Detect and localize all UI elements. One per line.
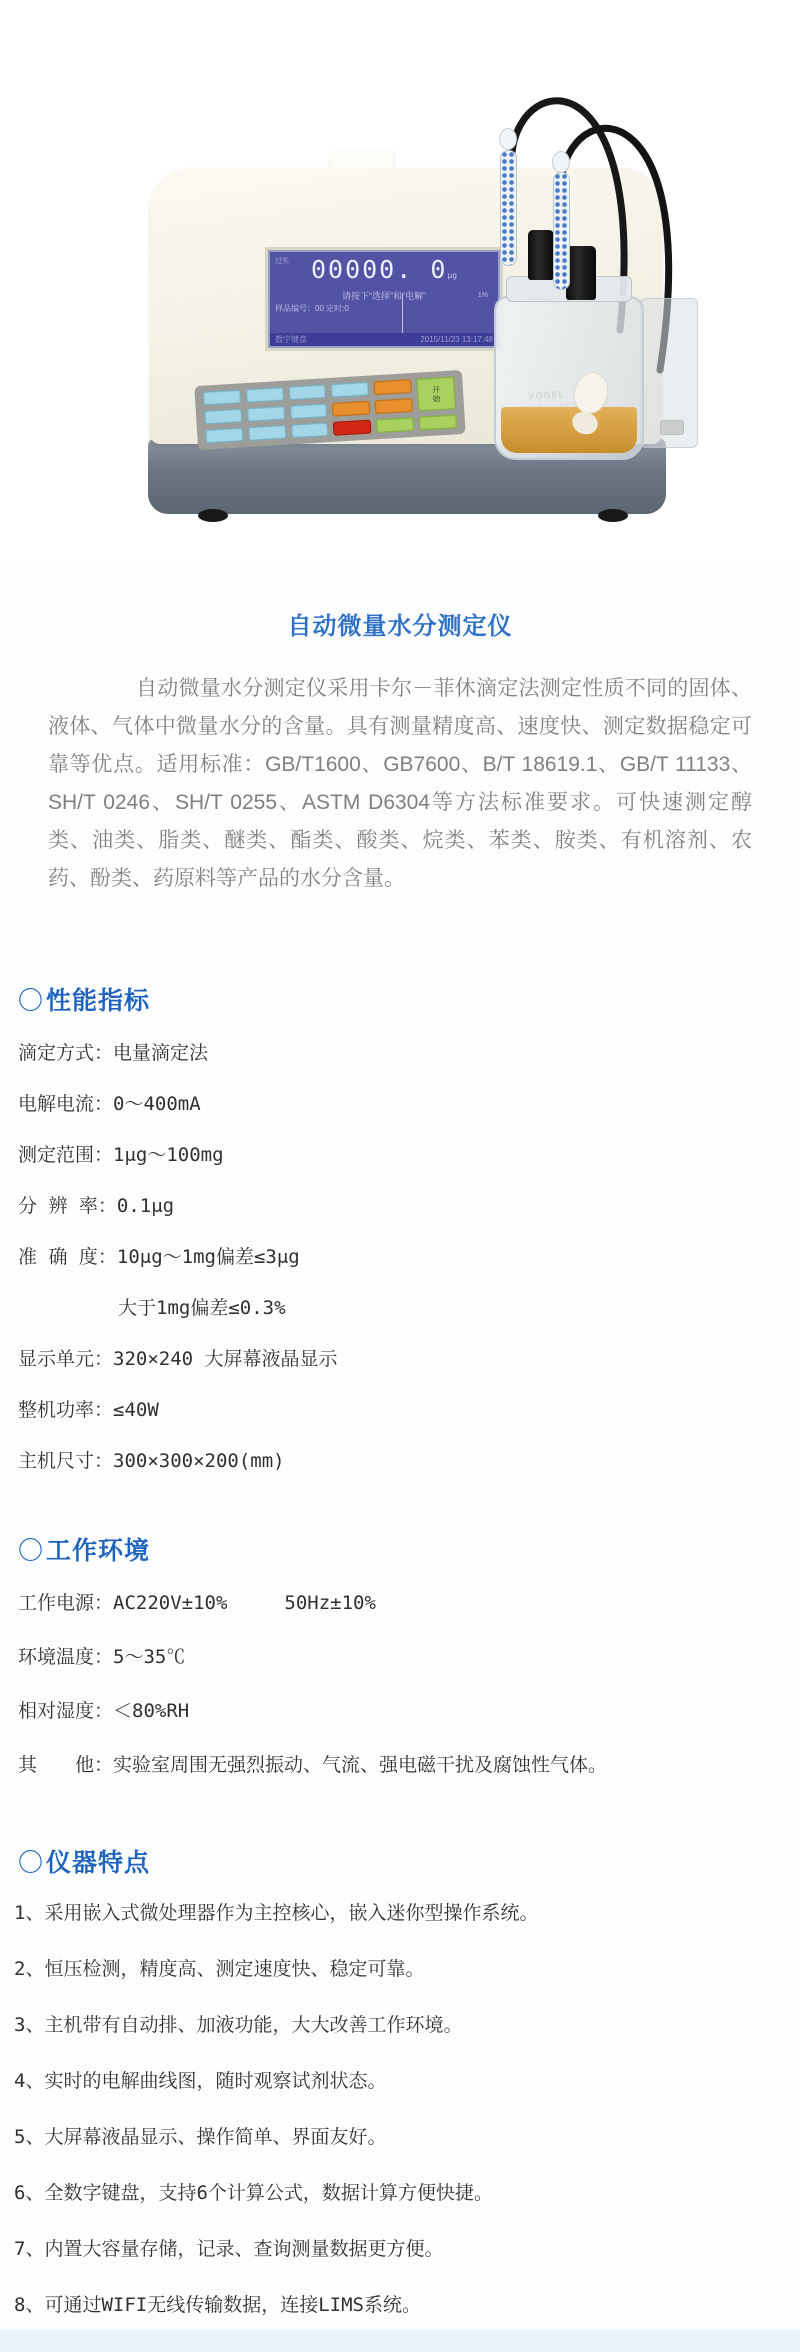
keypad-key xyxy=(374,379,413,395)
spec-item-display-unit: 显示单元：320×240 大屏幕液晶显示 xyxy=(18,1346,800,1372)
spec-item-power-supply: 工作电源：AC220V±10% 50Hz±10% xyxy=(18,1590,800,1616)
feature-item-4: 4、实时的电解曲线图，随时观察试剂状态。 xyxy=(14,2068,800,2094)
spec-item-titration-method: 滴定方式：电量滴定法 xyxy=(18,1040,800,1066)
keypad-start-key: 开 始 xyxy=(416,376,456,411)
keypad-key xyxy=(290,422,329,438)
spec-item-ambient-temperature: 环境温度：5～35℃ xyxy=(18,1644,800,1670)
lcd-reading-value: 00000. 0 xyxy=(311,255,447,284)
spec-item-other: 其 他：实验室周围无强烈振动、气流、强电磁干扰及腐蚀性气体。 xyxy=(18,1752,800,1778)
section-heading-environment-text: 工作环境 xyxy=(46,1537,150,1565)
features-list: 1、采用嵌入式微处理器作为主控核心，嵌入迷你型操作系统。 2、恒压检测，精度高、… xyxy=(14,1900,800,2318)
feature-item-6: 6、全数字键盘，支持6个计算公式，数据计算方便快捷。 xyxy=(14,2180,800,2206)
feature-item-7: 7、内置大容量存储，记录、查询测量数据更方便。 xyxy=(14,2236,800,2262)
page-title: 自动微量水分测定仪 xyxy=(0,610,800,644)
spec-item-relative-humidity: 相对湿度：＜80%RH xyxy=(18,1698,800,1724)
keypad-key xyxy=(289,403,328,419)
reagent-liquid xyxy=(501,407,637,453)
performance-spec-list: 滴定方式：电量滴定法 电解电流：0～400mA 测定范围：1μg～100mg 分… xyxy=(18,1040,800,1474)
spec-item-accuracy: 准 确 度：10μg～1mg偏差≤3μg xyxy=(18,1244,800,1270)
section-heading-performance-text: 性能指标 xyxy=(46,987,150,1015)
feature-item-5: 5、大屏幕液晶显示、操作简单、界面友好。 xyxy=(14,2124,800,2150)
spec-item-measuring-range: 测定范围：1μg～100mg xyxy=(18,1142,800,1168)
spec-item-dimensions: 主机尺寸：300×300×200(mm) xyxy=(18,1448,800,1474)
device-foot-left xyxy=(198,509,228,522)
circle-bullet-icon: 〇 xyxy=(18,987,44,1015)
rubber-stopper-right xyxy=(566,246,596,300)
keypad-key xyxy=(288,384,327,400)
lcd-status-bar: 数字键盘 2015/11/23 13:17:48 xyxy=(270,333,498,346)
lcd-unit-label: μg xyxy=(447,271,457,280)
keypad-key xyxy=(333,420,372,436)
spec-item-accuracy-2: 大于1mg偏差≤0.3% xyxy=(118,1295,800,1321)
drying-tube-right xyxy=(553,172,570,290)
keypad-key xyxy=(205,427,244,443)
keypad-key xyxy=(332,401,371,417)
product-photo: 过失 00000. 0μg 请按下“选择”和“电解” 样品编号：00 定时:0 … xyxy=(0,0,800,565)
circle-bullet-icon: 〇 xyxy=(18,1849,44,1877)
environment-spec-list: 工作电源：AC220V±10% 50Hz±10% 环境温度：5～35℃ 相对湿度… xyxy=(18,1590,800,1778)
keypad-key xyxy=(203,389,242,405)
keypad-key xyxy=(204,408,243,424)
drying-tube-left-bulb xyxy=(499,128,517,150)
lcd-reading: 00000. 0μg xyxy=(275,255,493,291)
lcd-chart-axes: 1% xyxy=(402,294,490,334)
spec-item-resolution: 分 辨 率：0.1μg xyxy=(18,1193,800,1219)
keypad-key xyxy=(375,398,414,414)
keypad-key xyxy=(248,425,287,441)
section-heading-environment: 〇工作环境 xyxy=(18,1534,800,1568)
feature-item-1: 1、采用嵌入式微处理器作为主控核心，嵌入迷你型操作系统。 xyxy=(14,1900,800,1926)
lcd-percent-label: 1% xyxy=(478,292,488,299)
product-page: 过失 00000. 0μg 请按下“选择”和“电解” 样品编号：00 定时:0 … xyxy=(0,0,800,2352)
keypad-key xyxy=(331,382,370,398)
section-heading-performance: 〇性能指标 xyxy=(18,984,800,1018)
device-foot-right xyxy=(598,509,628,522)
feature-item-2: 2、恒压检测，精度高、测定速度快、稳定可靠。 xyxy=(14,1956,800,1982)
section-heading-features-text: 仪器特点 xyxy=(46,1849,150,1877)
section-heading-features: 〇仪器特点 xyxy=(18,1846,800,1880)
feature-item-3: 3、主机带有自动排、加液功能，大大改善工作环境。 xyxy=(14,2012,800,2038)
keypad-key xyxy=(247,406,286,422)
spec-item-power: 整机功率：≤40W xyxy=(18,1397,800,1423)
circle-bullet-icon: 〇 xyxy=(18,1537,44,1565)
start-key-label-bottom: 始 xyxy=(432,394,441,403)
keypad-key xyxy=(245,387,284,403)
lcd-screen: 过失 00000. 0μg 请按下“选择”和“电解” 样品编号：00 定时:0 … xyxy=(268,250,500,348)
feature-item-8: 8、可通过WIFI无线传输数据，连接LIMS系统。 xyxy=(14,2292,800,2318)
keypad-key xyxy=(376,417,415,433)
rubber-stopper-left xyxy=(528,230,554,280)
vessel-bracket xyxy=(640,298,698,448)
titration-vessel xyxy=(494,296,644,460)
lcd-status-datetime: 2015/11/23 13:17:48 xyxy=(420,335,493,344)
bottom-band xyxy=(0,2330,800,2352)
drying-tube-right-bulb xyxy=(552,151,570,173)
drying-tube-left xyxy=(500,150,517,266)
product-description: 自动微量水分测定仪采用卡尔－菲休滴定法测定性质不同的固体、液体、气体中微量水分的… xyxy=(48,670,752,898)
spec-item-electrolysis-current: 电解电流：0～400mA xyxy=(18,1091,800,1117)
lcd-status-left: 数字键盘 xyxy=(275,334,307,345)
lcd-mode-label: 过失 xyxy=(275,256,289,266)
keypad-key xyxy=(419,414,458,430)
